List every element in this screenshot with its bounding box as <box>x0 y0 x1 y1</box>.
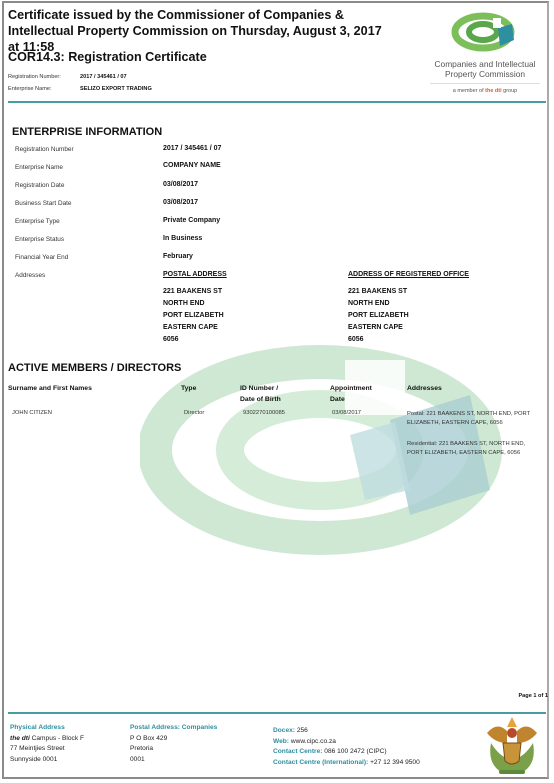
col-header-type: Type <box>181 383 196 394</box>
logo-name: Companies and Intellectual Property Comm… <box>430 59 540 79</box>
field-label-enterprise-status: Enterprise Status <box>15 236 64 243</box>
page-number: Page 1 of 1 <box>518 693 548 699</box>
field-value-business-start-date: 03/08/2017 <box>163 199 198 206</box>
col-header-appt-line1: Appointment <box>330 383 372 394</box>
field-value-enterprise-status: In Business <box>163 235 202 242</box>
contact-value: 256 <box>295 727 308 734</box>
contact-value: 086 100 2472 (CIPC) <box>322 748 386 755</box>
col-header-id-line2: Date of Birth <box>240 394 281 405</box>
cipc-logo-icon <box>450 10 520 52</box>
footer-physical-address: Physical Address the dti Campus - Block … <box>10 723 84 765</box>
footer-contact: Docex: 256 Web: www.cipc.co.za Contact C… <box>273 726 420 768</box>
contact-label: Contact Centre: <box>273 748 322 755</box>
contact-label: Web: <box>273 738 289 745</box>
field-value-financial-year-end: February <box>163 253 193 260</box>
footer-text: Campus - Block F <box>30 735 84 742</box>
director-name: JOHN CITIZEN <box>12 409 52 418</box>
address-line: PORT ELIZABETH <box>163 310 224 322</box>
footer-line: the dti Campus - Block F <box>10 734 84 745</box>
field-label-registration-date: Registration Date <box>15 182 64 189</box>
footer-contact-centre: Contact Centre: 086 100 2472 (CIPC) <box>273 747 420 758</box>
meta-label: Registration Number: <box>8 74 80 80</box>
footer-contact-international: Contact Centre (International): +27 12 3… <box>273 758 420 769</box>
address-line: NORTH END <box>163 298 224 310</box>
registered-office-lines: 221 BAAKENS ST NORTH END PORT ELIZABETH … <box>348 286 409 346</box>
dti-brand: the dti <box>10 735 30 742</box>
logo-name-line2: Property Commission <box>430 69 540 79</box>
footer-line: 0001 <box>130 755 217 766</box>
logo-name-line1: Companies and Intellectual <box>430 59 540 69</box>
footer-heading: Postal Address: Companies <box>130 723 217 734</box>
field-value-registration-number: 2017 / 345461 / 07 <box>163 145 221 152</box>
logo-member-text: a member of the dti group <box>430 83 540 94</box>
web-link[interactable]: www.cipc.co.za <box>289 738 336 745</box>
director-postal-address: Postal: 221 BAAKENS ST, NORTH END, PORT … <box>407 410 535 428</box>
meta-enterprise-name: Enterprise Name:SELIZO EXPORT TRADING <box>8 86 152 92</box>
document-title: COR14.3: Registration Certificate <box>8 50 207 64</box>
col-header-addresses: Addresses <box>407 383 442 394</box>
postal-address-lines: 221 BAAKENS ST NORTH END PORT ELIZABETH … <box>163 286 224 346</box>
certificate-issue-title: Certificate issued by the Commissioner o… <box>8 7 388 55</box>
col-header-name: Surname and First Names <box>8 383 92 394</box>
col-header-appointment: Appointment Date <box>330 383 372 405</box>
meta-label: Enterprise Name: <box>8 86 80 92</box>
address-line: 221 BAAKENS ST <box>163 286 224 298</box>
field-label-enterprise-type: Enterprise Type <box>15 218 60 225</box>
col-header-id: ID Number / Date of Birth <box>240 383 281 405</box>
addresses-label: Addresses <box>15 272 45 279</box>
address-line: EASTERN CAPE <box>348 322 409 334</box>
address-line: NORTH END <box>348 298 409 310</box>
director-id: 9302270100085 <box>243 409 285 418</box>
col-header-appt-line2: Date <box>330 394 372 405</box>
address-line: 6056 <box>348 334 409 346</box>
footer-line: 77 Meintjies Street <box>10 744 84 755</box>
postal-address-heading: POSTAL ADDRESS <box>163 271 227 278</box>
field-value-enterprise-name: COMPANY NAME <box>163 162 221 169</box>
coat-of-arms-icon <box>483 713 541 777</box>
enterprise-information-title: ENTERPRISE INFORMATION <box>12 126 162 138</box>
footer-heading: Physical Address <box>10 723 84 734</box>
meta-value: SELIZO EXPORT TRADING <box>80 86 152 92</box>
member-brand: the dti <box>485 88 502 94</box>
field-value-registration-date: 03/08/2017 <box>163 181 198 188</box>
address-line: EASTERN CAPE <box>163 322 224 334</box>
footer-docex: Docex: 256 <box>273 726 420 737</box>
footer-divider <box>8 712 546 714</box>
member-prefix: a member of <box>453 88 485 94</box>
address-line: 221 BAAKENS ST <box>348 286 409 298</box>
contact-value: +27 12 394 9500 <box>368 759 420 766</box>
address-line: 6056 <box>163 334 224 346</box>
meta-registration-number: Registration Number:2017 / 345461 / 07 <box>8 74 127 80</box>
director-residential-address: Residential: 221 BAAKENS ST, NORTH END, … <box>407 440 535 458</box>
directors-title: ACTIVE MEMBERS / DIRECTORS <box>8 362 181 374</box>
director-appointment-date: 03/08/2017 <box>332 409 361 418</box>
field-label-enterprise-name: Enterprise Name <box>15 164 63 171</box>
field-label-financial-year-end: Financial Year End <box>15 254 68 261</box>
field-value-enterprise-type: Private Company <box>163 217 220 224</box>
col-header-id-line1: ID Number / <box>240 383 281 394</box>
field-label-registration-number: Registration Number <box>15 146 74 153</box>
registered-office-heading: ADDRESS OF REGISTERED OFFICE <box>348 271 469 278</box>
meta-value: 2017 / 345461 / 07 <box>80 74 127 80</box>
cipc-logo: Companies and Intellectual Property Comm… <box>430 10 540 94</box>
member-suffix: group <box>502 88 518 94</box>
contact-label: Docex: <box>273 727 295 734</box>
field-label-business-start-date: Business Start Date <box>15 200 71 207</box>
footer-postal-address: Postal Address: Companies P O Box 429 Pr… <box>130 723 217 765</box>
address-line: PORT ELIZABETH <box>348 310 409 322</box>
footer-line: Pretoria <box>130 744 217 755</box>
footer-line: P O Box 429 <box>130 734 217 745</box>
header-divider <box>8 101 546 103</box>
footer-web[interactable]: Web: www.cipc.co.za <box>273 737 420 748</box>
director-type: Director <box>184 409 204 418</box>
footer-line: Sunnyside 0001 <box>10 755 84 766</box>
contact-label: Contact Centre (International): <box>273 759 368 766</box>
